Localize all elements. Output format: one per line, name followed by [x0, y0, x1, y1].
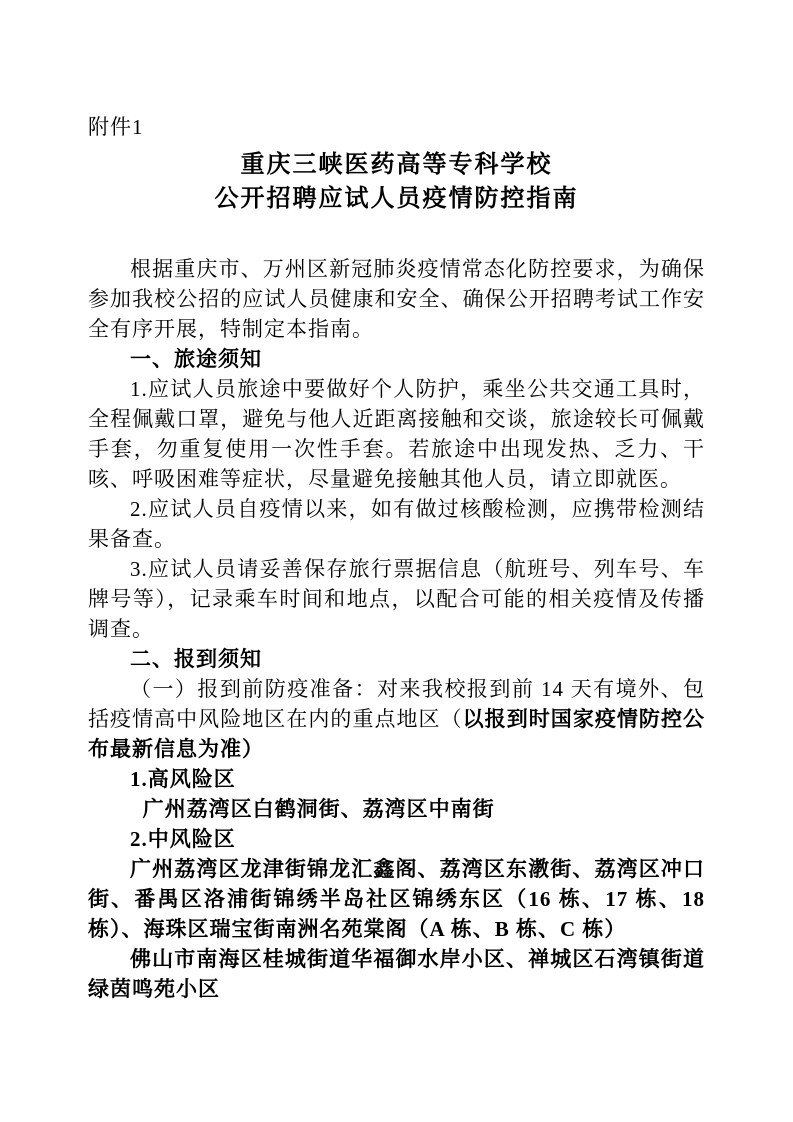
attachment-label: 附件1 — [88, 112, 705, 142]
document-title-block: 重庆三峡医药高等专科学校 公开招聘应试人员疫情防控指南 — [88, 148, 705, 216]
document-body: 根据重庆市、万州区新冠肺炎疫情常态化防控要求，为确保参加我校公招的应试人员健康和… — [88, 254, 705, 1004]
high-risk-heading: 1.高风险区 — [88, 764, 705, 794]
text-segment: 1.高风险区 — [130, 767, 236, 791]
document-title-line2: 公开招聘应试人员疫情防控指南 — [88, 182, 705, 216]
checkin-prep-paragraph: （一）报到前防疫准备：对来我校报到前 14 天有境外、包括疫情高中风险地区在内的… — [88, 674, 705, 764]
text-segment: 根据重庆市、万州区新冠肺炎疫情常态化防控要求，为确保参加我校公招的应试人员健康和… — [88, 257, 705, 341]
text-segment: 1.应试人员旅途中要做好个人防护，乘坐公共交通工具时，全程佩戴口罩，避免与他人近… — [88, 377, 705, 491]
travel-note-2: 2.应试人员自疫情以来，如有做过核酸检测，应携带检测结果备查。 — [88, 494, 705, 554]
text-segment: 佛山市南海区桂城街道华福御水岸小区、禅城区石湾镇街道绿茵鸣苑小区 — [88, 947, 705, 1001]
medium-risk-areas-guangzhou: 广州荔湾区龙津街锦龙汇鑫阁、荔湾区东漖街、荔湾区冲口街、番禺区洛浦街锦绣半岛社区… — [88, 854, 705, 944]
text-segment: 广州荔湾区白鹤洞街、荔湾区中南街 — [143, 797, 495, 821]
text-segment: 2.应试人员自疫情以来，如有做过核酸检测，应携带检测结果备查。 — [88, 497, 705, 551]
text-segment: 3.应试人员请妥善保存旅行票据信息（航班号、列车号、车牌号等），记录乘车时间和地… — [88, 557, 705, 641]
text-segment: 一、旅途须知 — [130, 347, 262, 371]
medium-risk-areas-foshan: 佛山市南海区桂城街道华福御水岸小区、禅城区石湾镇街道绿茵鸣苑小区 — [88, 944, 705, 1004]
text-segment: 广州荔湾区龙津街锦龙汇鑫阁、荔湾区东漖街、荔湾区冲口街、番禺区洛浦街锦绣半岛社区… — [88, 857, 705, 941]
document-page: 附件1 重庆三峡医药高等专科学校 公开招聘应试人员疫情防控指南 根据重庆市、万州… — [0, 0, 793, 1122]
section-2-heading: 二、报到须知 — [88, 644, 705, 674]
medium-risk-heading: 2.中风险区 — [88, 824, 705, 854]
travel-note-3: 3.应试人员请妥善保存旅行票据信息（航班号、列车号、车牌号等），记录乘车时间和地… — [88, 554, 705, 644]
travel-note-1: 1.应试人员旅途中要做好个人防护，乘坐公共交通工具时，全程佩戴口罩，避免与他人近… — [88, 374, 705, 494]
section-1-heading: 一、旅途须知 — [88, 344, 705, 374]
intro-paragraph: 根据重庆市、万州区新冠肺炎疫情常态化防控要求，为确保参加我校公招的应试人员健康和… — [88, 254, 705, 344]
document-title-line1: 重庆三峡医药高等专科学校 — [88, 148, 705, 182]
high-risk-areas: 广州荔湾区白鹤洞街、荔湾区中南街 — [88, 794, 705, 824]
text-segment: 二、报到须知 — [130, 647, 262, 671]
text-segment: 2.中风险区 — [130, 827, 236, 851]
